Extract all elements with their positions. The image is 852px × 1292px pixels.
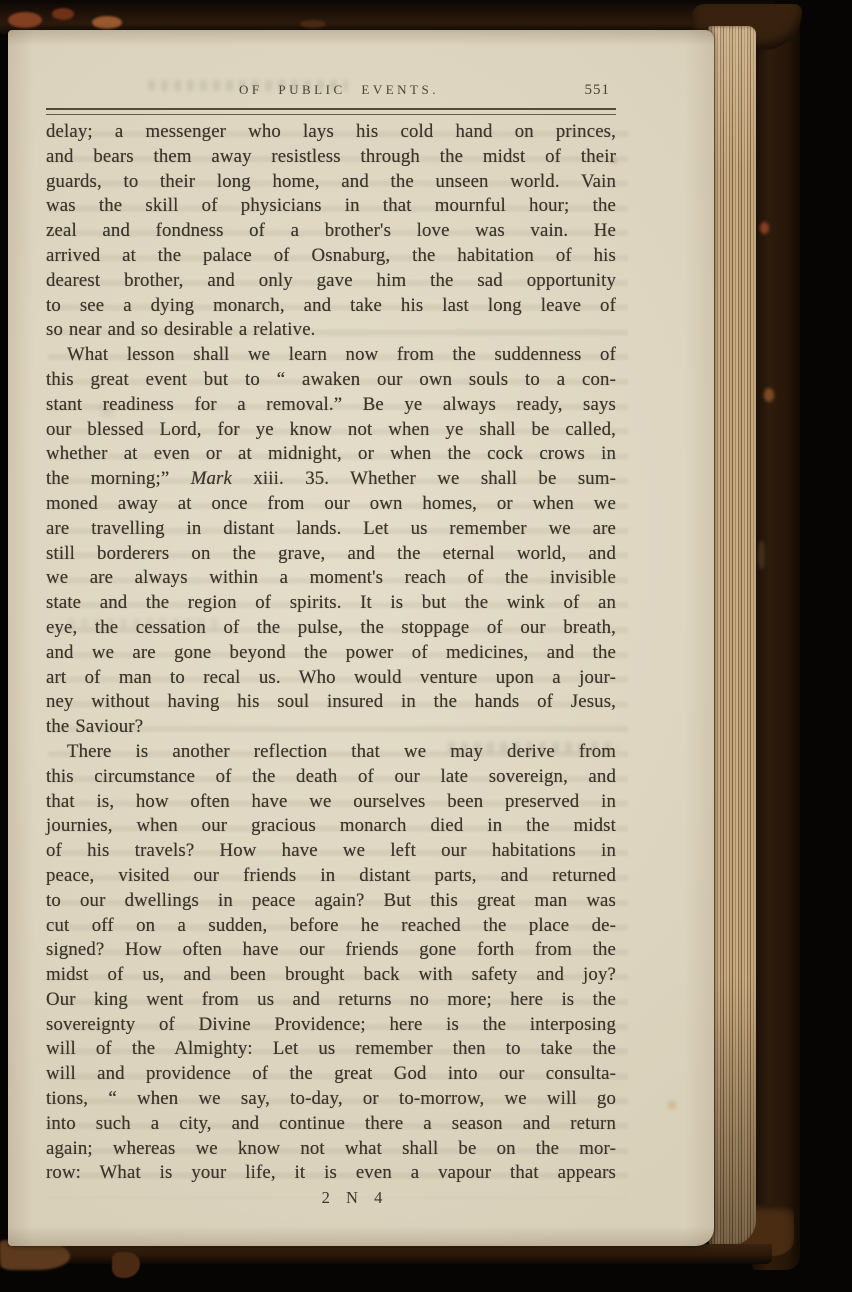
text-line: again; whereas we know not what shall be…: [46, 1137, 616, 1162]
text-line: arrived at the palace of Osnaburg, the h…: [46, 244, 616, 269]
text-line: midst of us, and been brought back with …: [46, 963, 616, 988]
text-line: the morning;” Mark xiii. 35. Whether we …: [46, 467, 616, 492]
book-page: OF PUBLIC EVENTS. 551 delay; a messenger…: [8, 30, 714, 1246]
text-line: and we are gone beyond the power of medi…: [46, 641, 616, 666]
text-line: the Saviour?: [46, 715, 616, 740]
text-line: tions, “ when we say, to-day, or to-morr…: [46, 1087, 616, 1112]
text-line: our blessed Lord, for ye know not when y…: [46, 418, 616, 443]
text-line: to see a dying monarch, and take his las…: [46, 294, 616, 319]
text-line: into such a city, and continue there a s…: [46, 1112, 616, 1137]
text-line: that is, how often have we ourselves bee…: [46, 790, 616, 815]
book-cover-top-edge: [0, 0, 775, 34]
text-line: still borderers on the grave, and the et…: [46, 542, 616, 567]
text-line: whether at even or at midnight, or when …: [46, 442, 616, 467]
text-line: delay; a messenger who lays his cold han…: [46, 120, 616, 145]
text-line: zeal and fondness of a brother's love wa…: [46, 219, 616, 244]
paper-stain: [664, 1098, 680, 1112]
text-line: will and providence of the great God int…: [46, 1062, 616, 1087]
text-line: What lesson shall we learn now from the …: [46, 343, 616, 368]
text-line: moned away at once from our own homes, o…: [46, 492, 616, 517]
leather-fleck: [760, 222, 769, 234]
text-line: cut off on a sudden, before he reached t…: [46, 914, 616, 939]
text-line: we are always within a moment's reach of…: [46, 566, 616, 591]
text-line: art of man to recal us. Who would ventur…: [46, 666, 616, 691]
text-line: eye, the cessation of the pulse, the sto…: [46, 616, 616, 641]
text-line: Our king went from us and returns no mor…: [46, 988, 616, 1013]
page-block-fore-edge: [708, 26, 756, 1246]
text-line: peace, visited our friends in distant pa…: [46, 864, 616, 889]
text-line: ney without having his soul insured in t…: [46, 690, 616, 715]
text-line: stant readiness for a removal.” Be ye al…: [46, 393, 616, 418]
page-number: 551: [585, 82, 611, 99]
text-line: of his travels? How have we left our hab…: [46, 839, 616, 864]
text-line: journies, when our gracious monarch died…: [46, 814, 616, 839]
leather-fleck: [758, 540, 765, 570]
book-scan-photo: OF PUBLIC EVENTS. 551 delay; a messenger…: [0, 0, 852, 1292]
text-line: row: What is your life, it is even a vap…: [46, 1161, 616, 1186]
book-cover-right-edge: [752, 4, 800, 1270]
leather-fleck: [300, 20, 326, 28]
text-line: There is another reflection that we may …: [46, 740, 616, 765]
leather-fleck: [52, 8, 74, 20]
text-line: state and the region of spirits. It is b…: [46, 591, 616, 616]
page-body-text: delay; a messenger who lays his cold han…: [46, 120, 616, 1186]
leather-fleck: [92, 16, 122, 29]
running-title: OF PUBLIC EVENTS.: [239, 82, 439, 98]
text-line: are travelling in distant lands. Let us …: [46, 517, 616, 542]
text-line: so near and so desirable a relative.: [46, 318, 616, 343]
text-line: this circumstance of the death of our la…: [46, 765, 616, 790]
text-line: dearest brother, and only gave him the s…: [46, 269, 616, 294]
header-rule: [46, 108, 616, 115]
leather-fleck: [8, 12, 42, 28]
running-header: OF PUBLIC EVENTS. 551: [46, 82, 616, 104]
text-line: signed? How often have our friends gone …: [46, 938, 616, 963]
leather-fleck: [112, 1252, 140, 1278]
text-line: guards, to their long home, and the unse…: [46, 170, 616, 195]
text-line: will of the Almighty: Let us remember th…: [46, 1037, 616, 1062]
text-line: this great event but to “ awaken our own…: [46, 368, 616, 393]
text-line: sovereignty of Divine Providence; here i…: [46, 1013, 616, 1038]
signature-mark: 2 N 4: [70, 1188, 640, 1208]
text-line: was the skill of physicians in that mour…: [46, 194, 616, 219]
text-line: and bears them away resistless through t…: [46, 145, 616, 170]
text-line: to our dwellings in peace again? But thi…: [46, 889, 616, 914]
leather-fleck: [764, 388, 774, 402]
